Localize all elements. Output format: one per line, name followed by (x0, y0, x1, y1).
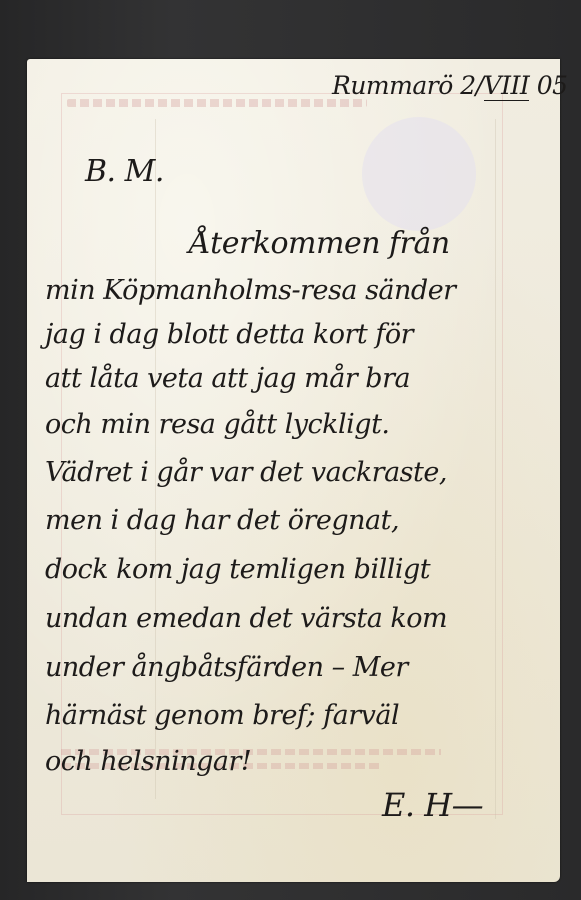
body-line: undan emedan det värsta kom (45, 605, 447, 632)
place-date: Rummarö 2/VIII 05 (332, 73, 568, 98)
day: 2/ (460, 71, 483, 100)
salutation: B. M. (85, 157, 164, 187)
signature: E. H— (382, 789, 483, 821)
body-line: och min resa gått lyckligt. (45, 411, 390, 438)
year: 05 (537, 71, 568, 100)
body-line: min Köpmanholms-resa sänder (45, 277, 456, 304)
stamp-oval-showthrough (362, 117, 476, 231)
body-line: men i dag har det öregnat, (45, 507, 399, 534)
month: VIII (484, 71, 530, 101)
printed-header-showthrough (67, 99, 367, 107)
body-line: under ångbåtsfärden – Mer (45, 654, 408, 681)
postcard: Rummarö 2/VIII 05 B. M. Återkommen från … (27, 59, 560, 882)
body-line: härnäst genom bref; farväl (45, 702, 399, 729)
place: Rummarö (332, 71, 453, 100)
body-line: dock kom jag temligen billigt (45, 556, 430, 583)
body-line: och helsningar! (45, 748, 251, 775)
body-line: att låta veta att jag mår bra (45, 365, 410, 392)
faint-rule (495, 119, 496, 819)
body-line: jag i dag blott detta kort för (45, 321, 413, 348)
body-line: Vädret i går var det vackraste, (45, 459, 447, 486)
opening-line: Återkommen från (189, 229, 450, 259)
